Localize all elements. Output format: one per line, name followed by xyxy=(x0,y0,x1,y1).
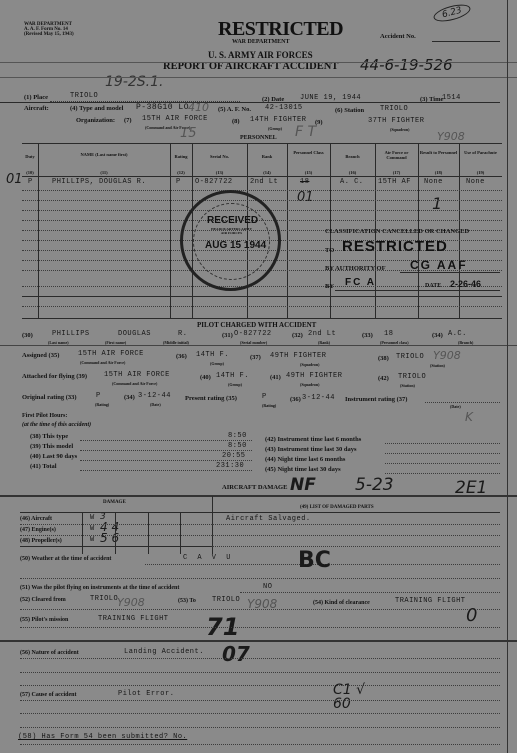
damage-row-label: (46) Aircraft xyxy=(20,516,52,522)
hand-note: Y908 xyxy=(437,130,465,143)
place-value: TRIOLO xyxy=(70,92,98,100)
field-num: (37) xyxy=(250,354,261,361)
cleared-to-value: TRIOLO xyxy=(212,596,240,604)
mission-value: TRAINING FLIGHT xyxy=(98,615,169,623)
org7-label: (7) xyxy=(124,117,132,124)
org9-sub: (Squadron) xyxy=(390,127,410,132)
org-heading: U. S. ARMY AIR FORCES xyxy=(208,50,313,60)
stamp-date: AUG 15 1944 xyxy=(205,240,266,251)
type-value: P-38G10 LO xyxy=(136,103,189,112)
sublabel: (Group) xyxy=(210,361,224,366)
attached-station: TRIOLO xyxy=(398,373,426,381)
damage-col-title: DAMAGE xyxy=(103,500,126,505)
station-value: TRIOLO xyxy=(380,105,408,113)
parts-title: (49) LIST OF DAMAGED PARTS xyxy=(300,505,374,510)
form54-question: (58) Has Form 54 been submitted? No. xyxy=(18,733,187,741)
accident-no-label: Accident No. xyxy=(380,33,416,40)
pilot-last-name: PHILLIPS xyxy=(52,330,90,338)
sublabel: (Squadron) xyxy=(300,362,320,367)
org9-label: (9) xyxy=(315,119,323,126)
pilot-serial: O-827722 xyxy=(234,330,272,338)
nature-label: (56) Nature of accident xyxy=(20,650,79,656)
hand-note: 07 xyxy=(222,642,250,666)
sublabel: (Squadron) xyxy=(300,382,320,387)
cell-rating: P xyxy=(176,178,181,186)
original-rating-date: 3-12-44 xyxy=(138,392,171,400)
hours-value: 8:50 xyxy=(228,432,247,440)
damage-value: W xyxy=(90,525,95,533)
hours-title: First Pilot Hours: xyxy=(22,413,67,419)
cause-label: (57) Cause of accident xyxy=(20,692,77,698)
cell-serial: O-827722 xyxy=(195,178,233,186)
org9-value: 37TH FIGHTER xyxy=(368,117,424,125)
circled-note: 6.23 xyxy=(432,1,472,24)
cause-value: Pilot Error. xyxy=(118,690,174,698)
org8-sub: (Group) xyxy=(268,126,282,131)
col-header-class: Personnel Class xyxy=(287,150,330,155)
af-no-label: (5) A. F. No. xyxy=(218,106,251,113)
org8-value: 14TH FIGHTER xyxy=(250,116,306,124)
aircraft-label: Aircraft: xyxy=(24,105,49,112)
sublabel: (Rating) xyxy=(262,403,276,408)
original-rating-label: Original rating (33) xyxy=(22,394,77,401)
org7-value: 15TH AIR FORCE xyxy=(142,115,208,123)
hand-note: Y908 xyxy=(433,349,461,362)
weather-value: C A V U xyxy=(183,554,233,562)
nature-value: Landing Accident. xyxy=(124,648,204,656)
col-num: (14) xyxy=(247,170,287,175)
attached-value: 15TH AIR FORCE xyxy=(104,371,170,379)
col-header-branch: Branch xyxy=(330,154,375,159)
col-num: (12) xyxy=(170,170,192,175)
cleared-from-label: (52) Cleared from xyxy=(20,597,66,603)
cell-rank: 2nd Lt xyxy=(250,178,278,186)
col-num: (19) xyxy=(459,170,502,175)
accident-report-page: WAR DEPARTMENT A. A. F. Form No. 14 (Rev… xyxy=(0,0,517,753)
station-label: (6) Station xyxy=(335,107,364,114)
cell-air-force: 15TH AF xyxy=(378,178,411,186)
type-label: (4) Type and model xyxy=(70,105,123,112)
sublabel: (Command and Air Force) xyxy=(80,360,125,365)
org8-label: (8) xyxy=(232,118,240,125)
pilot-class: 18 xyxy=(384,330,393,338)
clearance-value: TRAINING FLIGHT xyxy=(395,597,466,605)
sublabel: (Station) xyxy=(430,363,445,368)
pilot-first-name: DOUGLAS xyxy=(118,330,151,338)
field-num: (38) xyxy=(378,355,389,362)
cell-parachute: None xyxy=(466,178,485,186)
damage-row-label: (47) Engine(s) xyxy=(20,527,56,533)
damage-value: W xyxy=(90,514,95,522)
sublabel: (Date) xyxy=(450,404,461,409)
hand-damage-code: 5-23 xyxy=(355,475,394,495)
col-header-rating: Rating xyxy=(170,154,192,159)
damage-value: W xyxy=(90,536,95,544)
hours-label: (41) Total xyxy=(30,463,57,470)
form-id-line: (Revised May 15, 1943) xyxy=(24,32,74,37)
declass-to-value: RESTRICTED xyxy=(342,238,448,255)
hours-label: (44) Night time last 6 months xyxy=(265,456,345,463)
hand-note: C1 √ 60 xyxy=(333,683,373,711)
accident-no-handwritten: 44-6-19-526 xyxy=(360,56,453,74)
hours-label: (40) Last 90 days xyxy=(30,453,77,460)
col-header-serial: Serial No. xyxy=(192,154,247,159)
pilot-rank: 2nd Lt xyxy=(308,330,336,338)
pilot-section-title: PILOT CHARGED WITH ACCIDENT xyxy=(197,321,316,329)
col-header-duty: Duty xyxy=(22,154,38,159)
cell-result: None xyxy=(424,178,443,186)
present-rating-date: 3-12-44 xyxy=(302,394,335,402)
hand-note: Y908 xyxy=(117,596,145,609)
hours-value: 8:50 xyxy=(228,442,247,450)
declass-authority-label: BY AUTHORITY OF xyxy=(325,265,386,272)
col-num: (11) xyxy=(38,170,170,175)
cleared-from-value: TRIOLO xyxy=(90,595,118,603)
hours-value: 231:30 xyxy=(216,462,244,470)
hours-subtitle: (at the time of this accident) xyxy=(22,422,91,428)
hand-note: 15 xyxy=(180,126,197,141)
assigned-label: Assigned (35) xyxy=(22,352,59,359)
declass-by-value: FC A xyxy=(345,277,376,288)
sublabel: (Station) xyxy=(400,383,415,388)
cell-duty: P xyxy=(28,178,33,186)
time-value: 1514 xyxy=(442,94,461,102)
pilot-middle-initial: R. xyxy=(178,330,187,338)
field-num: (31) xyxy=(222,332,233,339)
col-num: (18) xyxy=(418,170,459,175)
declass-date-label: DATE xyxy=(425,283,441,289)
col-num: (10) xyxy=(22,170,38,175)
declass-date-value: 2-26-46 xyxy=(450,279,481,289)
clearance-label: (54) Kind of clearance xyxy=(313,600,370,606)
sublabel: (Rating) xyxy=(95,402,109,407)
hand-mark: 01 xyxy=(297,190,314,205)
sublabel: (Group) xyxy=(228,382,242,387)
cell-class: 18 xyxy=(300,178,309,186)
received-stamp: RECEIVED HEADQUARTERS ARMY AIR FORCES AU… xyxy=(180,190,281,291)
hand-weather-code: BC xyxy=(298,548,331,573)
instruments-label: (51) Was the pilot flying on instruments… xyxy=(20,585,179,591)
col-header-parachute: Use of Parachute xyxy=(459,150,502,155)
original-rating: P xyxy=(96,392,101,400)
sublabel: (Date) xyxy=(150,402,161,407)
cleared-to-label: (53) To xyxy=(178,598,196,604)
present-rating-label: Present rating (35) xyxy=(185,395,237,402)
hours-label: (42) Instrument time last 6 months xyxy=(265,436,361,443)
hours-label: (39) This model xyxy=(30,443,73,450)
aircraft-damage-title: AIRCRAFT DAMAGE xyxy=(222,484,287,491)
hours-label: (45) Night time last 30 days xyxy=(265,466,341,473)
damaged-parts-value: Aircraft Salvaged. xyxy=(226,515,311,523)
hours-value: 20:55 xyxy=(222,452,246,460)
col-header-air-force: Air Force or Command xyxy=(375,150,418,160)
hand-note: F T xyxy=(295,124,316,140)
assigned-value: 15TH AIR FORCE xyxy=(78,350,144,358)
col-num: (15) xyxy=(287,170,330,175)
attached-group: 14TH F. xyxy=(216,372,249,380)
field-num: (42) xyxy=(378,375,389,382)
attached-label: Attached for flying (39) xyxy=(22,373,87,380)
cell-name: PHILLIPS, DOUGLAS R. xyxy=(52,178,146,186)
stamp-text: RECEIVED xyxy=(207,215,258,226)
field-num: (32) xyxy=(292,332,303,339)
assigned-group: 14TH F. xyxy=(196,351,229,359)
field-num: (36) xyxy=(176,353,187,360)
af-no-value: 42-13015 xyxy=(265,104,303,112)
cell-branch: A. C. xyxy=(340,178,364,186)
col-header-result: Result to Personnel xyxy=(418,150,459,155)
field-num: (36) xyxy=(290,396,301,403)
hours-label: (43) Instrument time last 30 days xyxy=(265,446,357,453)
attached-squadron: 49TH FIGHTER xyxy=(286,372,342,380)
col-num: (16) xyxy=(330,170,375,175)
stamp-sub: HEADQUARTERS ARMY AIR FORCES xyxy=(209,227,254,235)
instrument-rating-label: Instrument rating (37) xyxy=(345,396,407,403)
field-num: (40) xyxy=(200,374,211,381)
col-header-rank: Rank xyxy=(247,154,287,159)
field-num: (30) xyxy=(22,332,33,339)
weather-label: (50) Weather at the time of accident xyxy=(20,556,111,562)
assigned-squadron: 49TH FIGHTER xyxy=(270,352,326,360)
hand-damage: 5 6 xyxy=(100,531,119,545)
col-num: (13) xyxy=(192,170,247,175)
hours-label: (38) This type xyxy=(30,433,68,440)
declass-by-label: BY xyxy=(325,283,334,290)
hand-mark: 01 xyxy=(6,172,23,187)
place-label: (1) Place xyxy=(24,94,48,101)
instruments-value: NO xyxy=(263,583,272,591)
form-id: WAR DEPARTMENT A. A. F. Form No. 14 (Rev… xyxy=(24,22,74,37)
col-num: (17) xyxy=(375,170,418,175)
field-num: (33) xyxy=(362,332,373,339)
hand-note: K xyxy=(465,410,473,424)
field-num: (41) xyxy=(270,374,281,381)
mission-label: (55) Pilot's mission xyxy=(20,617,68,623)
field-num: (34) xyxy=(124,394,135,401)
hand-damage-code: NF xyxy=(290,475,316,495)
declass-authority-value: CG AAF xyxy=(410,258,468,272)
field-num: (34) xyxy=(432,332,443,339)
personnel-label: PERSONNEL xyxy=(240,135,277,141)
type-handwritten: 410 xyxy=(188,101,209,114)
pilot-branch: A.C. xyxy=(448,330,467,338)
date-value: JUNE 19, 1944 xyxy=(300,94,361,102)
classification-heading: RESTRICTED xyxy=(218,18,343,41)
organization-label: Organization: xyxy=(76,117,115,124)
damage-row-label: (48) Propeller(s) xyxy=(20,538,62,544)
assigned-station: TRIOLO xyxy=(396,353,424,361)
present-rating: P xyxy=(262,393,267,401)
declass-line: CLASSIFICATION CANCELLED OR CHANGED xyxy=(325,228,469,235)
sublabel: (Command and Air Force) xyxy=(112,381,157,386)
department: WAR DEPARTMENT xyxy=(232,39,290,45)
col-header-name: NAME (Last name first) xyxy=(38,152,170,157)
declass-to-label: TO xyxy=(325,247,334,254)
